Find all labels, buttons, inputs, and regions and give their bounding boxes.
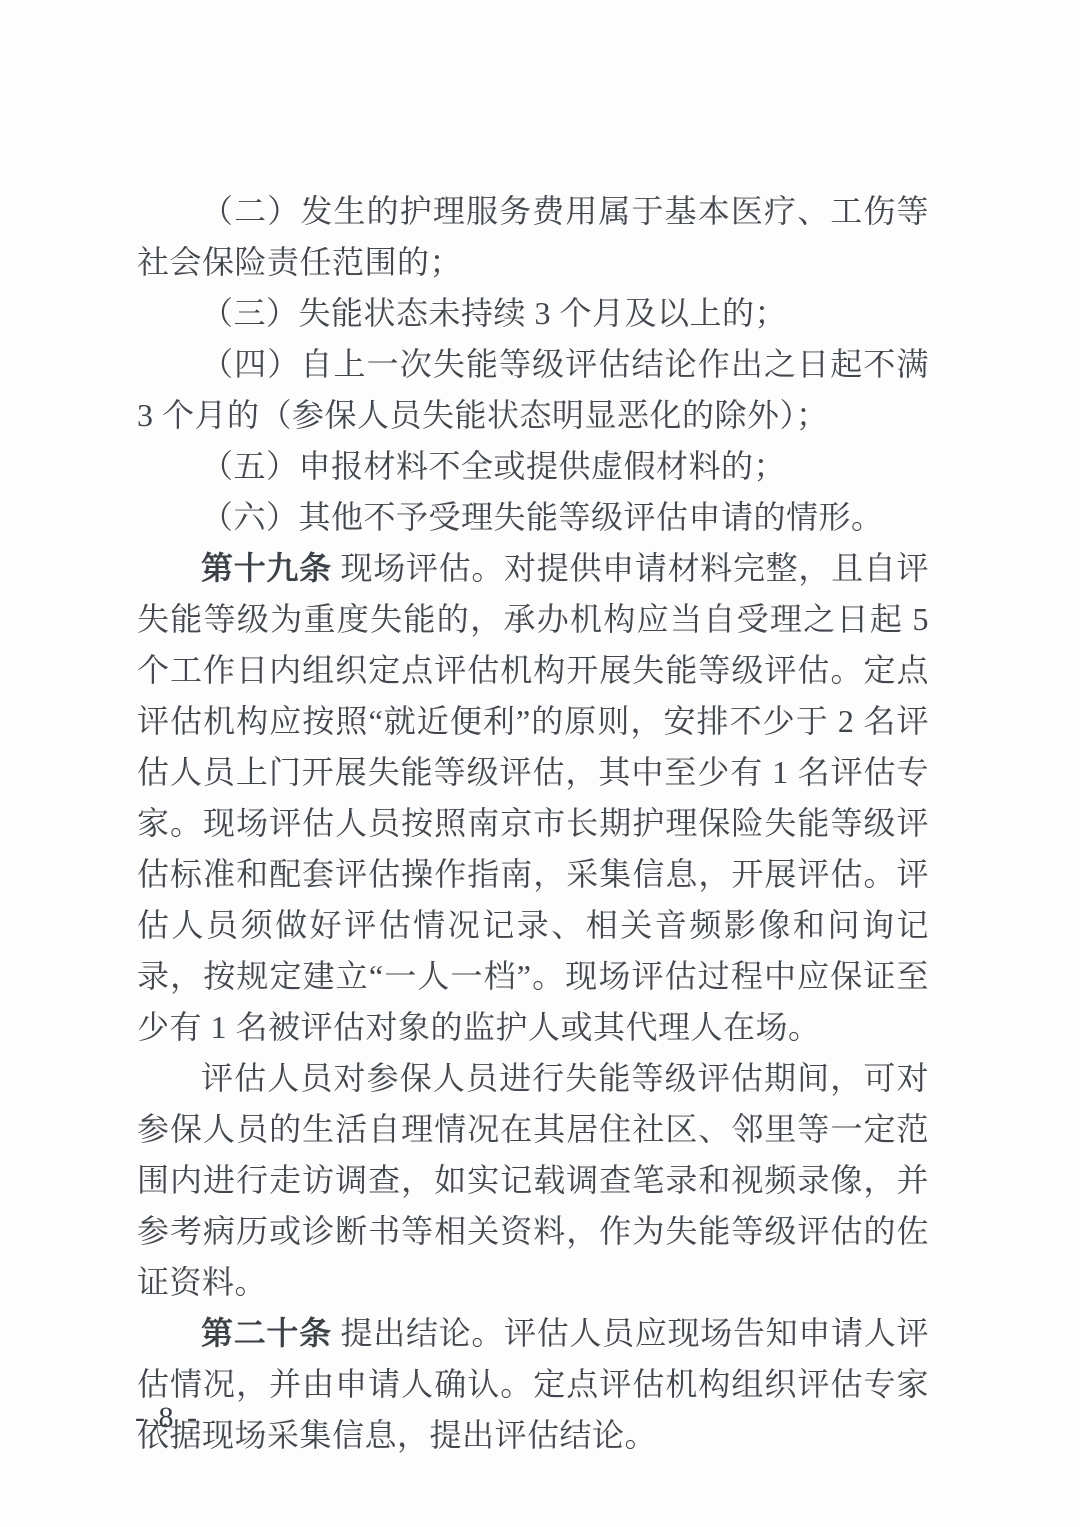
article-20-number: 第二十条 xyxy=(201,1315,332,1351)
article-20-paragraph: 第二十条 提出结论。评估人员应现场告知申请人评估情况，并由申请人确认。定点评估机… xyxy=(137,1308,929,1461)
assessment-visit-paragraph: 评估人员对参保人员进行失能等级评估期间，可对参保人员的生活自理情况在其居住社区、… xyxy=(137,1053,929,1308)
clause-item-2: （二）发生的护理服务费用属于基本医疗、工伤等社会保险责任范围的； xyxy=(137,186,929,288)
article-19-number: 第十九条 xyxy=(201,550,332,586)
clause-item-6: （六）其他不予受理失能等级评估申请的情形。 xyxy=(137,492,929,543)
article-19-text: 现场评估。对提供申请材料完整，且自评失能等级为重度失能的，承办机构应当自受理之日… xyxy=(137,550,929,1045)
document-body-text: （二）发生的护理服务费用属于基本医疗、工伤等社会保险责任范围的； （三）失能状态… xyxy=(137,186,929,1461)
page-number-footer: - 8 - xyxy=(135,1398,200,1438)
clause-item-4: （四）自上一次失能等级评估结论作出之日起不满 3 个月的（参保人员失能状态明显恶… xyxy=(137,339,929,441)
article-19-paragraph: 第十九条 现场评估。对提供申请材料完整，且自评失能等级为重度失能的，承办机构应当… xyxy=(137,543,929,1053)
document-page: （二）发生的护理服务费用属于基本医疗、工伤等社会保险责任范围的； （三）失能状态… xyxy=(0,0,1080,1527)
clause-item-3: （三）失能状态未持续 3 个月及以上的； xyxy=(137,288,929,339)
clause-item-5: （五）申报材料不全或提供虚假材料的； xyxy=(137,441,929,492)
